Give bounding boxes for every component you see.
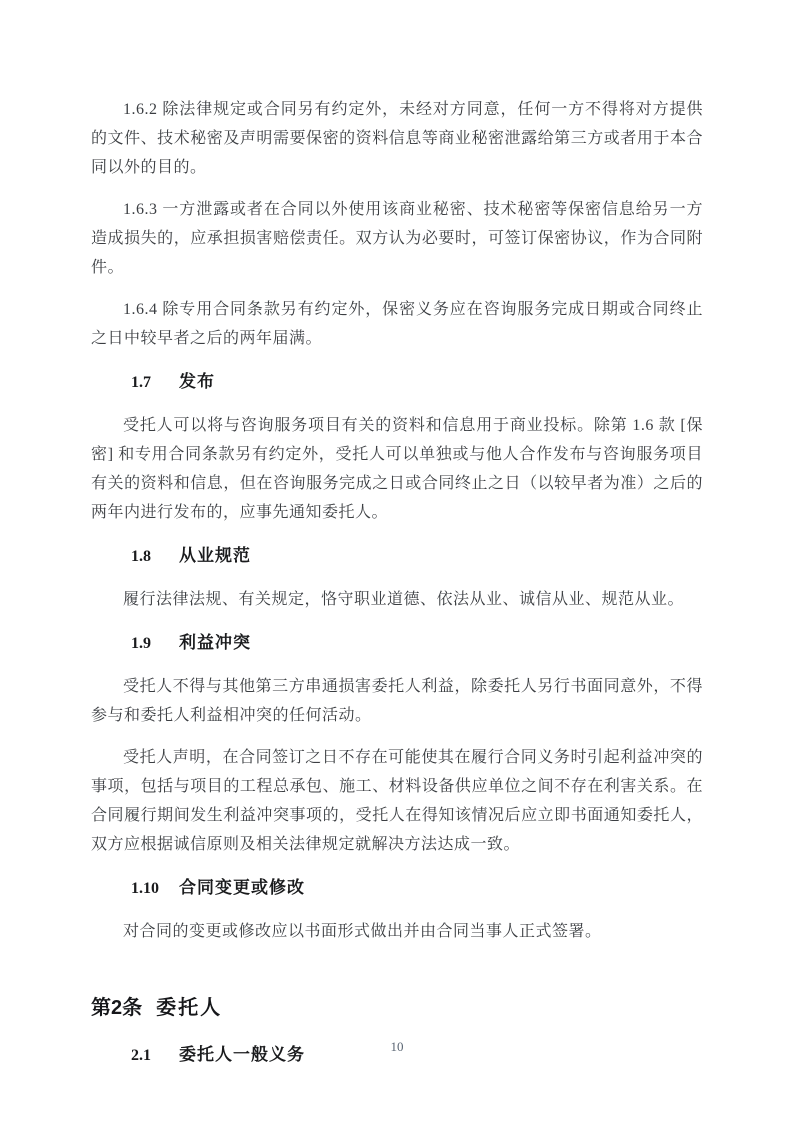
chapter-2-number: 第2条 (91, 992, 142, 1024)
chapter-2-heading: 第2条委托人 (91, 992, 703, 1024)
paragraph-1-9-a: 受托人不得与其他第三方串通损害委托人利益，除委托人另行书面同意外，不得参与和委托… (91, 672, 703, 730)
paragraph-1-7: 受托人可以将与咨询服务项目有关的资料和信息用于商业投标。除第 1.6 款 [保密… (91, 411, 703, 527)
heading-1-9: 1.9利益冲突 (91, 628, 703, 658)
heading-1-10-title: 合同变更或修改 (179, 878, 305, 897)
heading-1-10-number: 1.10 (131, 874, 179, 903)
paragraph-1-9-b: 受托人声明，在合同签订之日不存在可能使其在履行合同义务时引起利益冲突的事项，包括… (91, 743, 703, 859)
document-page: 1.6.2 除法律规定或合同另有约定外，未经对方同意，任何一方不得将对方提供的文… (0, 0, 794, 1122)
heading-1-9-title: 利益冲突 (179, 633, 251, 652)
paragraph-1-6-3: 1.6.3 一方泄露或者在合同以外使用该商业秘密、技术秘密等保密信息给另一方造成… (91, 195, 703, 282)
heading-1-9-number: 1.9 (131, 629, 179, 658)
paragraph-1-8: 履行法律法规、有关规定，恪守职业道德、依法从业、诚信从业、规范从业。 (91, 585, 703, 614)
paragraph-1-6-4: 1.6.4 除专用合同条款另有约定外，保密义务应在咨询服务完成日期或合同终止之日… (91, 295, 703, 353)
heading-1-8-number: 1.8 (131, 542, 179, 571)
heading-1-7: 1.7发布 (91, 367, 703, 397)
chapter-2-title: 委托人 (156, 997, 222, 1019)
heading-1-8: 1.8从业规范 (91, 541, 703, 571)
page-number: 10 (391, 1039, 404, 1054)
paragraph-1-6-2: 1.6.2 除法律规定或合同另有约定外，未经对方同意，任何一方不得将对方提供的文… (91, 95, 703, 182)
heading-1-8-title: 从业规范 (179, 546, 251, 565)
page-footer: 10 (0, 1038, 794, 1056)
heading-1-7-number: 1.7 (131, 368, 179, 397)
heading-1-7-title: 发布 (179, 372, 215, 391)
heading-1-10: 1.10合同变更或修改 (91, 873, 703, 903)
paragraph-1-10: 对合同的变更或修改应以书面形式做出并由合同当事人正式签署。 (91, 917, 703, 946)
